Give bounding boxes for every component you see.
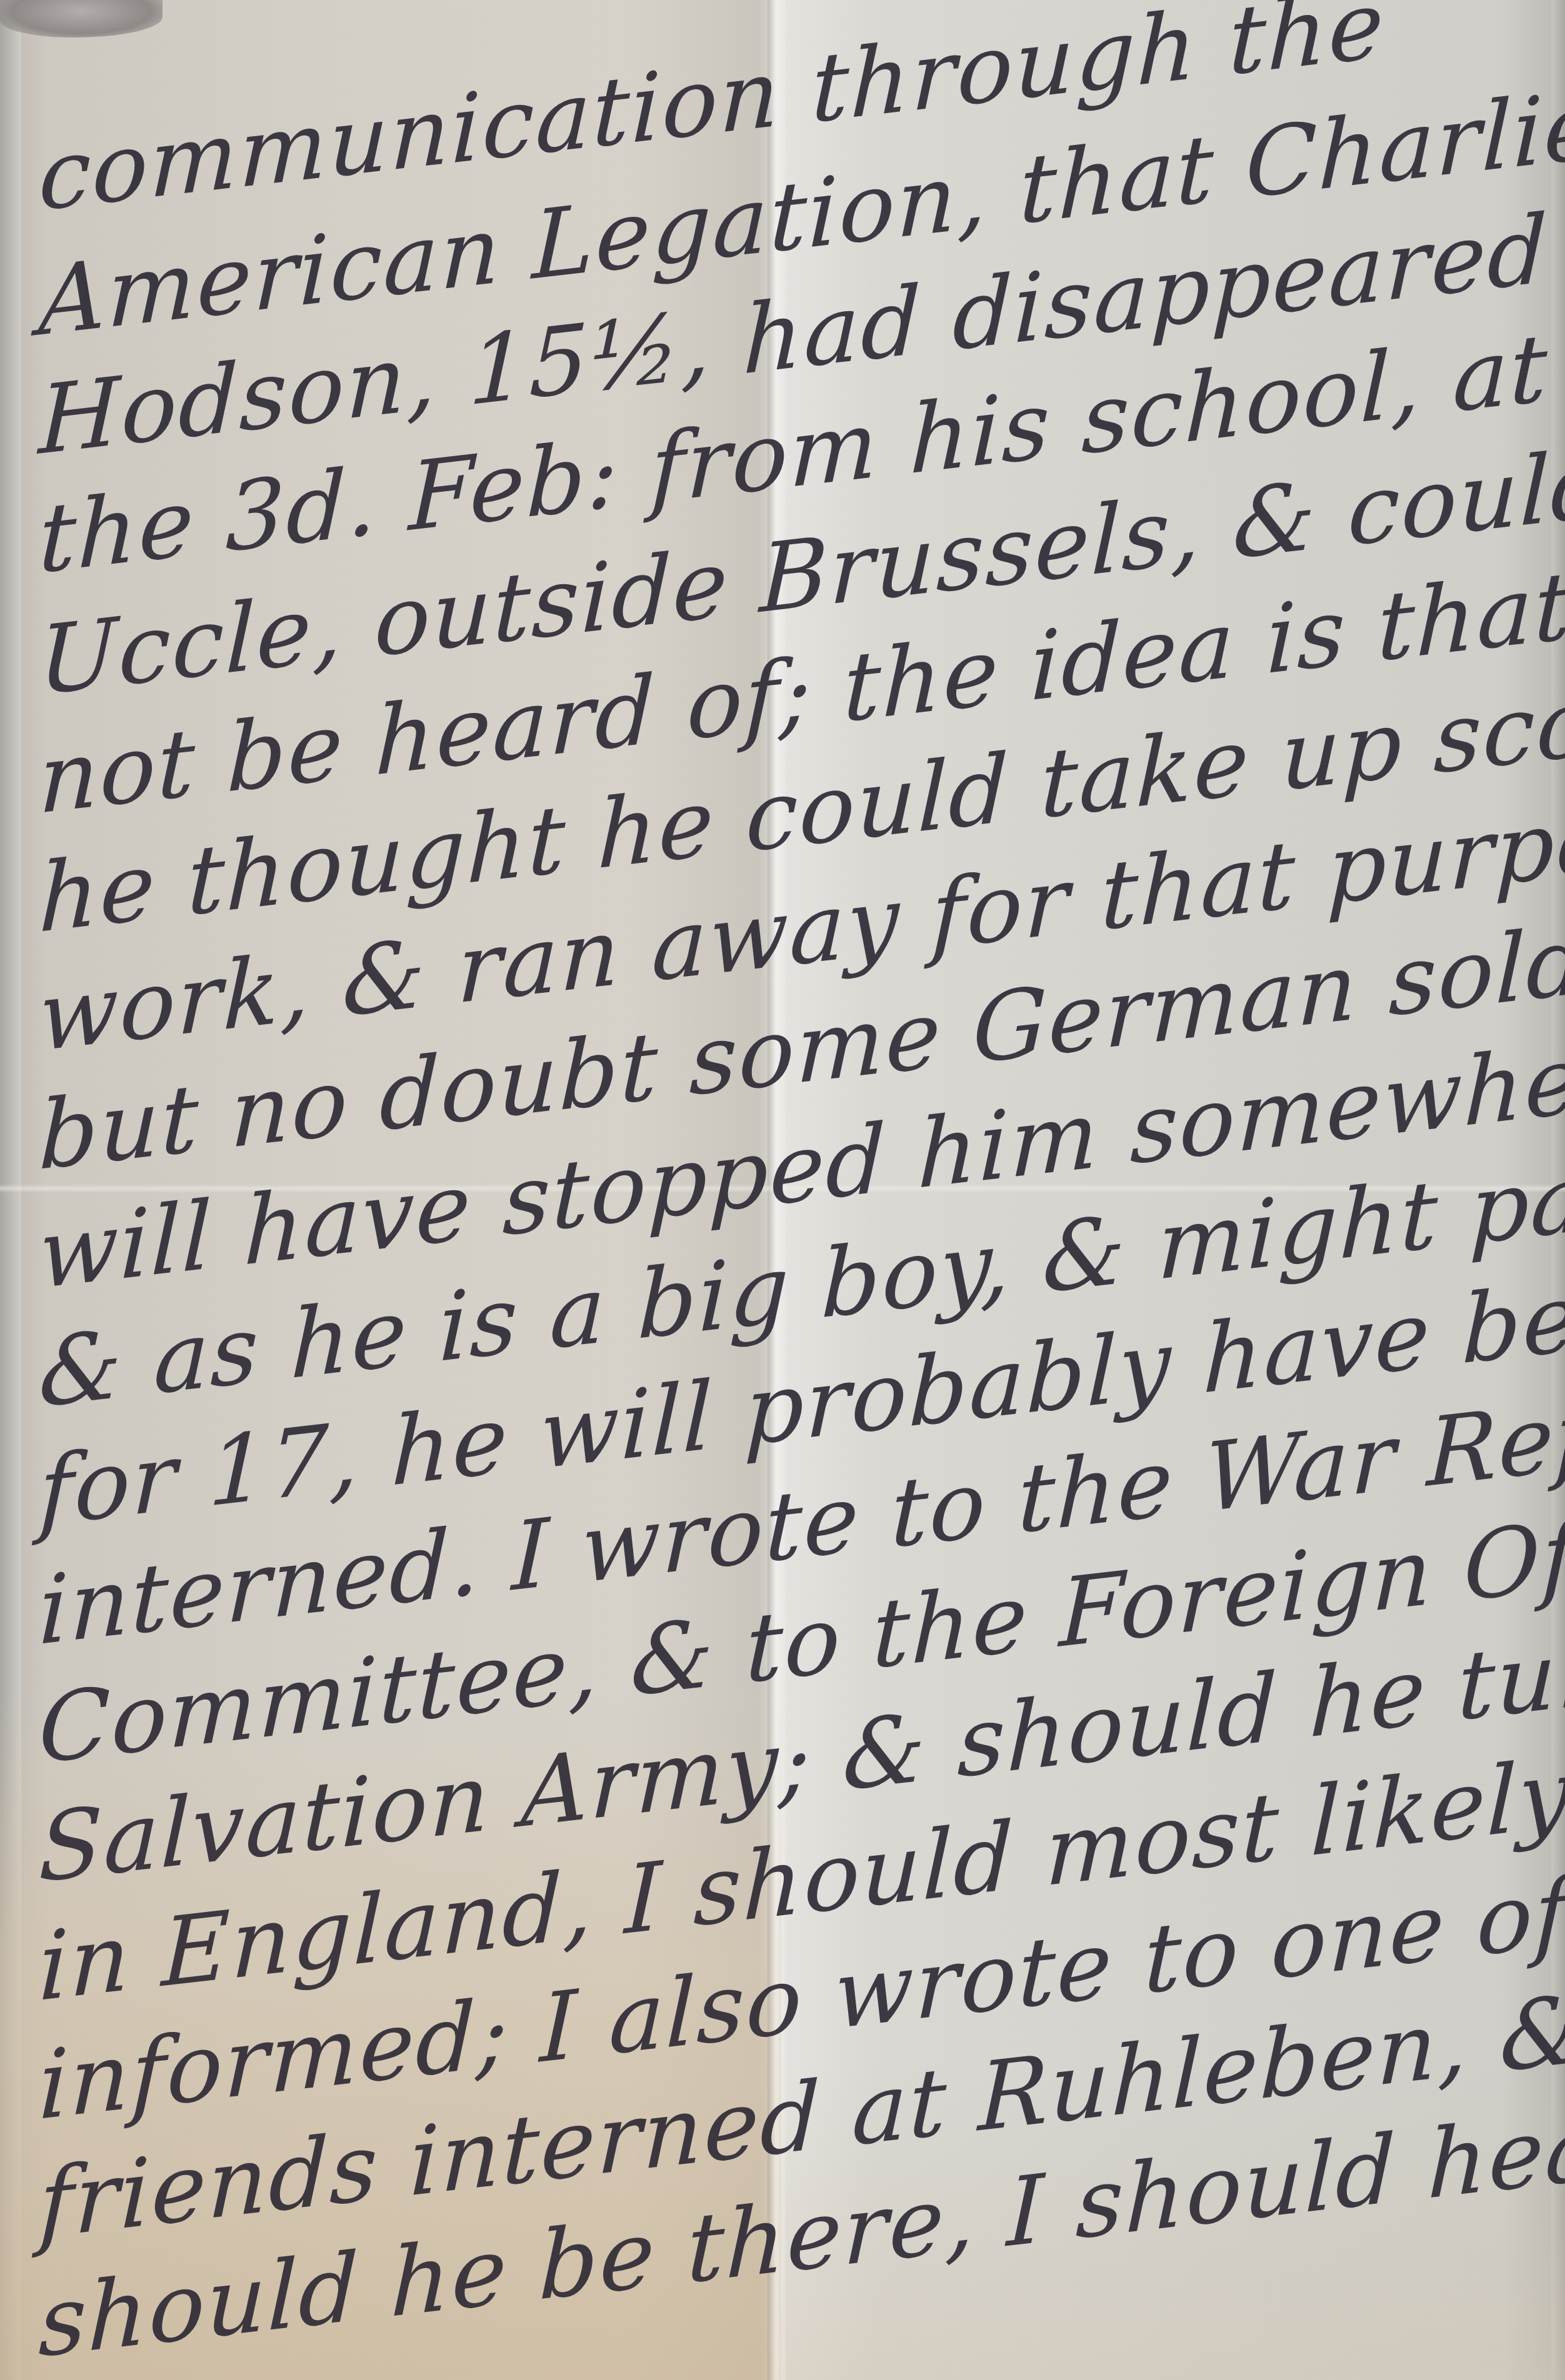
background-fabric — [0, 0, 162, 37]
letter-page: communication through the American Legat… — [0, 0, 1565, 2380]
